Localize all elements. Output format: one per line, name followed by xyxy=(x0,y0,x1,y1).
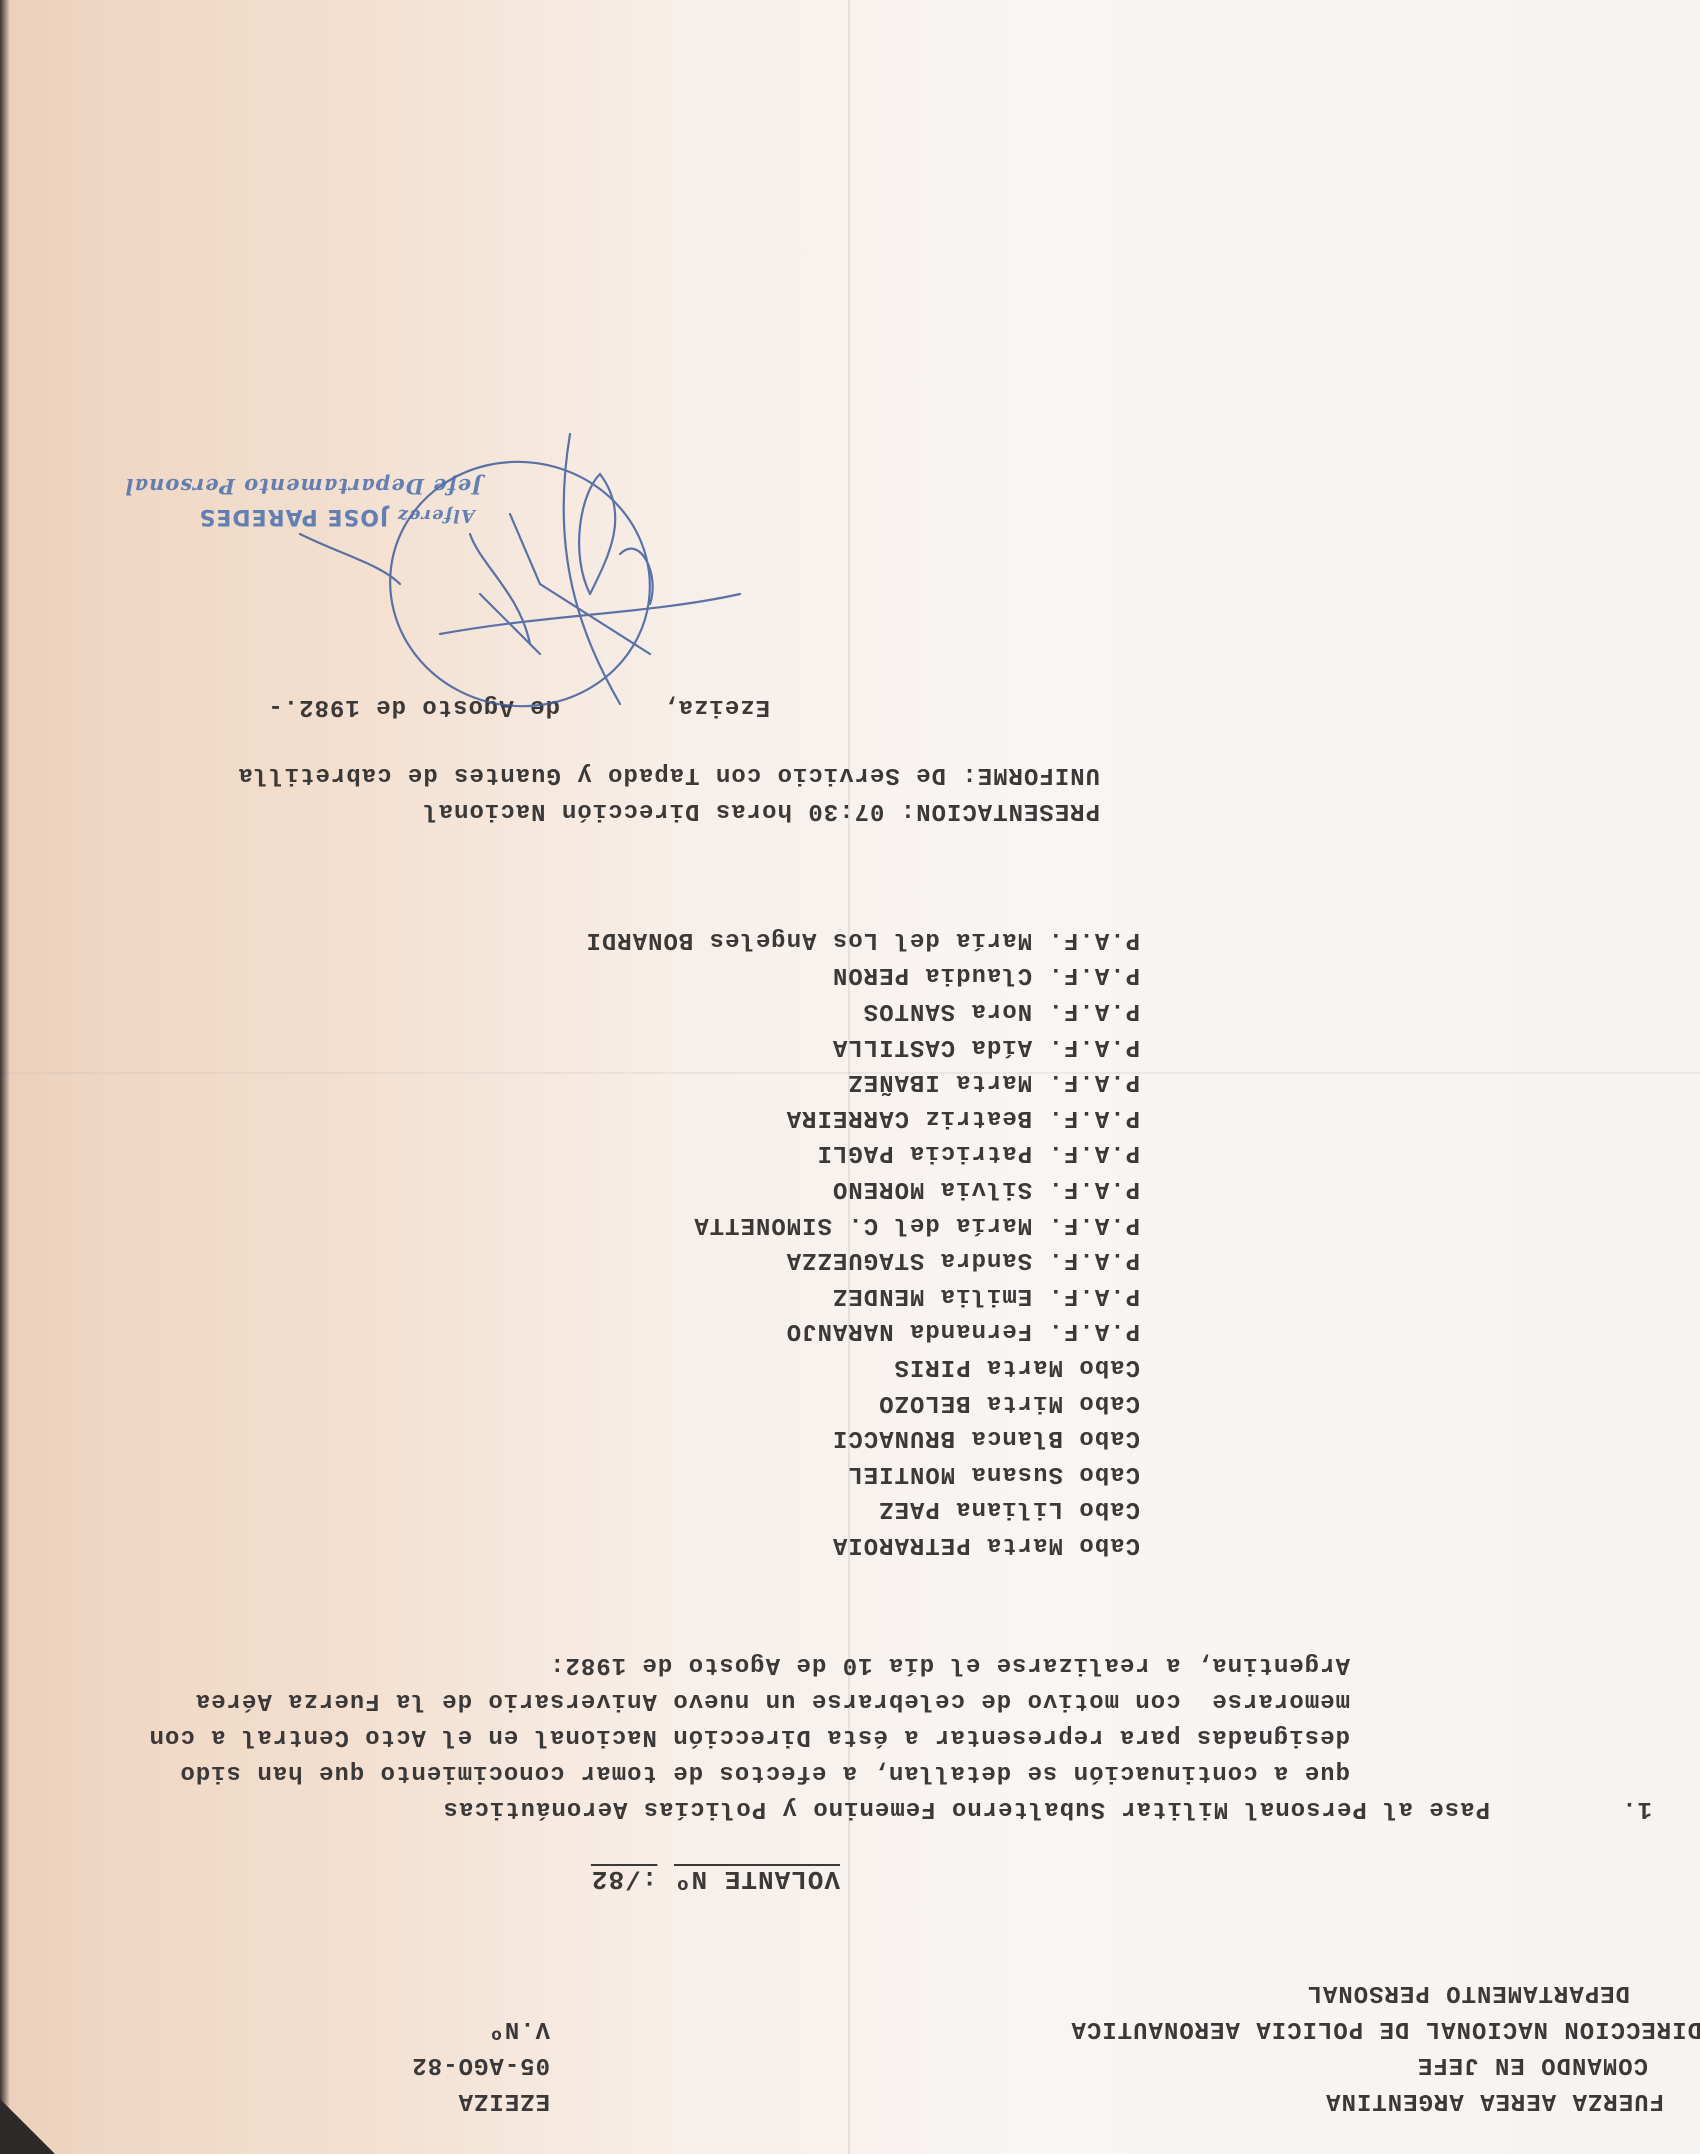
official-stamp-role: Jefe Departamento Personal xyxy=(125,474,482,499)
scanned-document-page: FUERZA AEREA ARGENTINA COMANDO EN JEFE D… xyxy=(0,0,1700,2154)
stamp-rank: Alferez xyxy=(397,505,475,526)
stamp-person: JOSE PAREDES xyxy=(199,504,389,529)
handwritten-signature xyxy=(0,0,1700,2154)
official-stamp-name: Alferez JOSE PAREDES xyxy=(199,504,475,529)
